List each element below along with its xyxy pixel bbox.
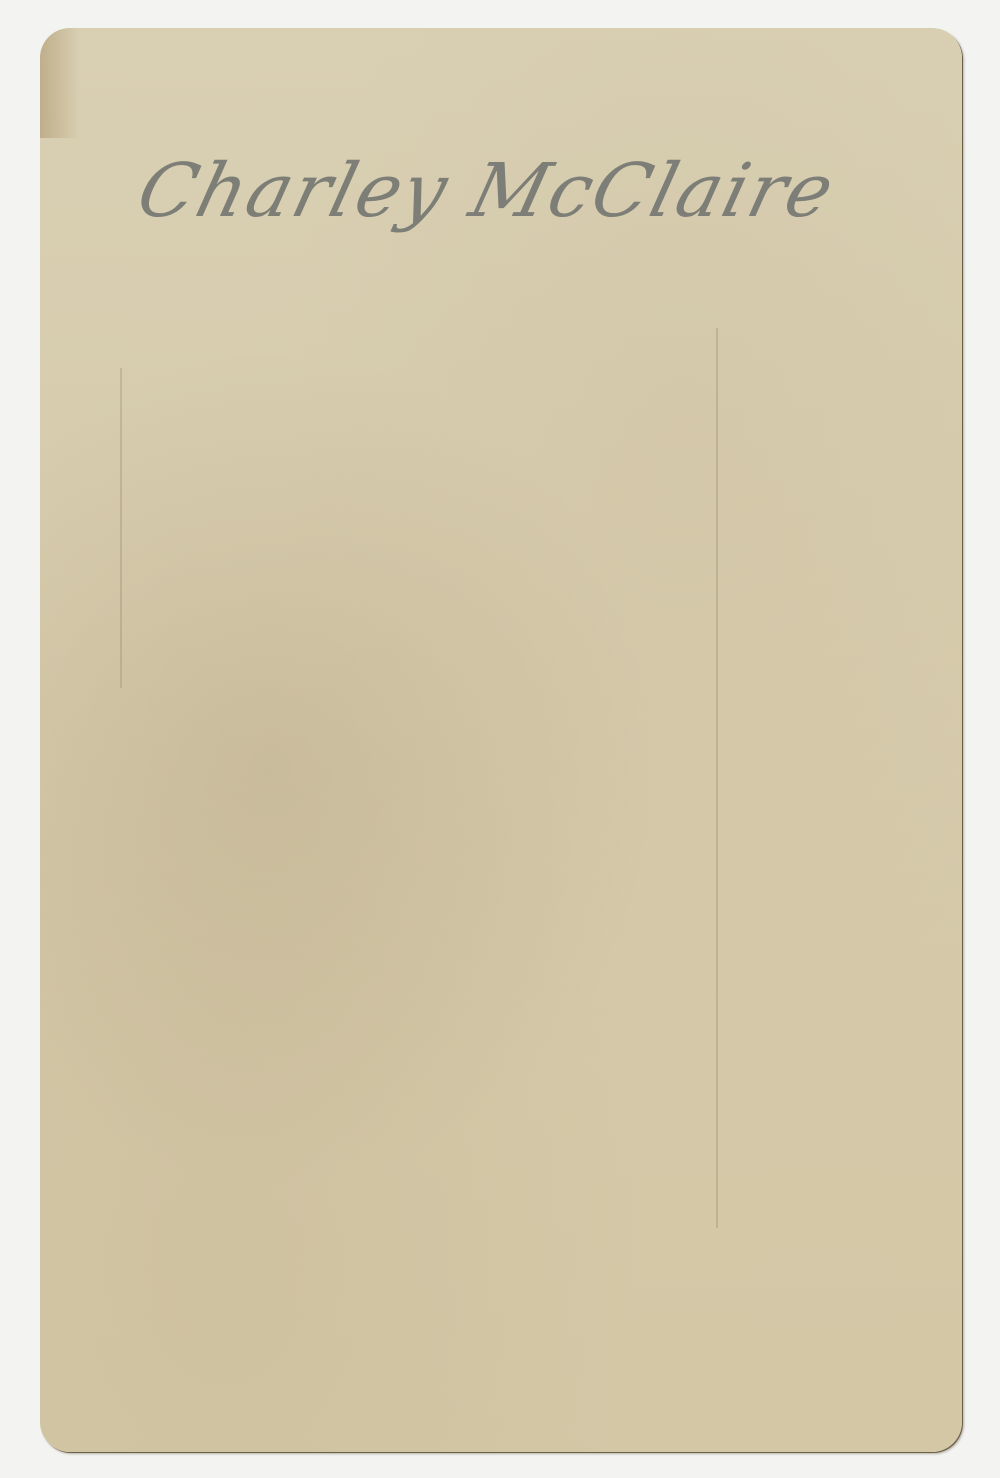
crease-line: [120, 368, 122, 688]
cabinet-card-back: Charley McClaire: [40, 28, 962, 1452]
pencil-inscription: Charley McClaire: [129, 148, 843, 234]
age-stain: [40, 28, 80, 138]
crease-line: [716, 328, 718, 1228]
